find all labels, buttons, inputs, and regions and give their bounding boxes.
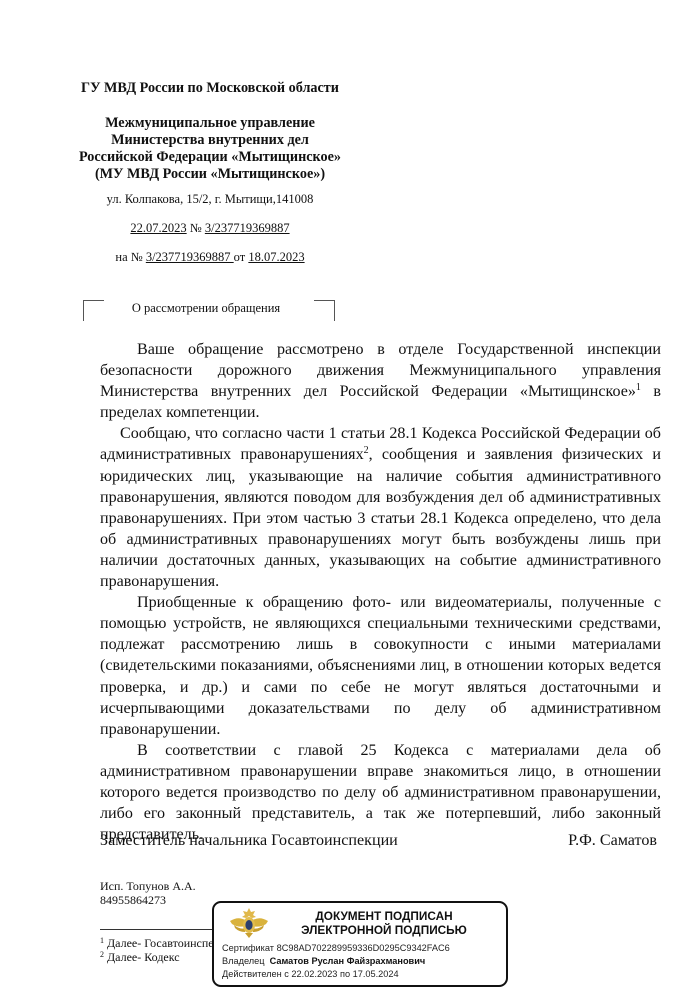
address: ул. Колпакова, 15/2, г. Мытищи,141008 bbox=[60, 192, 360, 207]
stamp-owner: Владелец Саматов Руслан Файзрахманович bbox=[222, 956, 425, 966]
footnote-number: 2 bbox=[100, 950, 104, 959]
outgoing-date: 22.07.2023 bbox=[130, 221, 186, 235]
certificate-value: 8C98AD702289959336D0295C9342FAC6 bbox=[277, 943, 450, 953]
outgoing-ref: 22.07.2023 № 3/237719369887 bbox=[60, 221, 360, 236]
unit-line: Министерства внутренних дел bbox=[60, 132, 360, 149]
org-header: ГУ МВД России по Московской области bbox=[60, 80, 360, 97]
signer-name: Р.Ф. Саматов bbox=[568, 832, 657, 850]
subject-bracket-right bbox=[314, 300, 335, 321]
footnote-number: 1 bbox=[100, 936, 104, 945]
unit-line: (МУ МВД России «Мытищинское») bbox=[60, 166, 360, 183]
footnote-2: 2 Далее- Кодекс bbox=[100, 950, 213, 964]
paragraph-2: Сообщаю, что согласно части 1 статьи 28.… bbox=[100, 423, 661, 592]
paragraph-3: Приобщенные к обращению фото- или видеом… bbox=[100, 592, 661, 740]
certificate-label: Сертификат bbox=[222, 943, 274, 953]
reply-from-label: от bbox=[234, 250, 246, 264]
stamp-title-line: ДОКУМЕНТ ПОДПИСАН bbox=[274, 910, 494, 924]
signer-position: Заместитель начальника Госавтоинспекции bbox=[100, 832, 398, 850]
footnote-text: Далее- Кодекс bbox=[107, 950, 180, 964]
stamp-certificate: Сертификат 8C98AD702289959336D0295C9342F… bbox=[222, 943, 450, 953]
executor-phone: 84955864273 bbox=[100, 893, 196, 907]
paragraph-1: Ваше обращение рассмотрено в отделе Госу… bbox=[100, 339, 661, 423]
unit-line: Российской Федерации «Мытищинское» bbox=[60, 149, 360, 166]
subject-line: О рассмотрении обращения bbox=[100, 301, 312, 316]
footnotes: 1 Далее- Госавтоинспекция 2 Далее- Кодек… bbox=[100, 936, 213, 964]
reply-number: 3/237719369887 bbox=[146, 250, 234, 264]
unit-name: Межмуниципальное управление Министерства… bbox=[60, 115, 360, 183]
outgoing-number: 3/237719369887 bbox=[205, 221, 290, 235]
reply-prefix: на № bbox=[115, 250, 142, 264]
reply-date: 18.07.2023 bbox=[248, 250, 304, 264]
footnote-text: Далее- Госавтоинспекция bbox=[107, 936, 213, 950]
unit-line: Межмуниципальное управление bbox=[60, 115, 360, 132]
paragraph-1-text: Ваше обращение рассмотрено в отделе Госу… bbox=[100, 341, 661, 400]
owner-label: Владелец bbox=[222, 956, 265, 966]
reply-ref: на № 3/237719369887 от 18.07.2023 bbox=[60, 250, 360, 265]
stamp-title: ДОКУМЕНТ ПОДПИСАН ЭЛЕКТРОННОЙ ПОДПИСЬЮ bbox=[274, 910, 494, 937]
mvd-emblem-icon bbox=[228, 906, 270, 939]
stamp-title-line: ЭЛЕКТРОННОЙ ПОДПИСЬЮ bbox=[274, 924, 494, 938]
footnote-1: 1 Далее- Госавтоинспекция bbox=[100, 936, 213, 950]
footnote-separator bbox=[100, 929, 215, 930]
paragraph-4: В соответствии с главой 25 Кодекса с мат… bbox=[100, 740, 661, 845]
paragraph-2-text-end: , сообщения и заявления физических и юри… bbox=[100, 446, 661, 590]
executor-info: Исп. Топунов А.А. 84955864273 bbox=[100, 879, 196, 907]
e-signature-stamp: ДОКУМЕНТ ПОДПИСАН ЭЛЕКТРОННОЙ ПОДПИСЬЮ С… bbox=[212, 901, 508, 987]
owner-value: Саматов Руслан Файзрахманович bbox=[270, 956, 426, 966]
letter-body: Ваше обращение рассмотрено в отделе Госу… bbox=[100, 339, 661, 845]
number-sign: № bbox=[190, 221, 202, 235]
stamp-validity: Действителен с 22.02.2023 по 17.05.2024 bbox=[222, 969, 399, 979]
executor-name: Исп. Топунов А.А. bbox=[100, 879, 196, 893]
